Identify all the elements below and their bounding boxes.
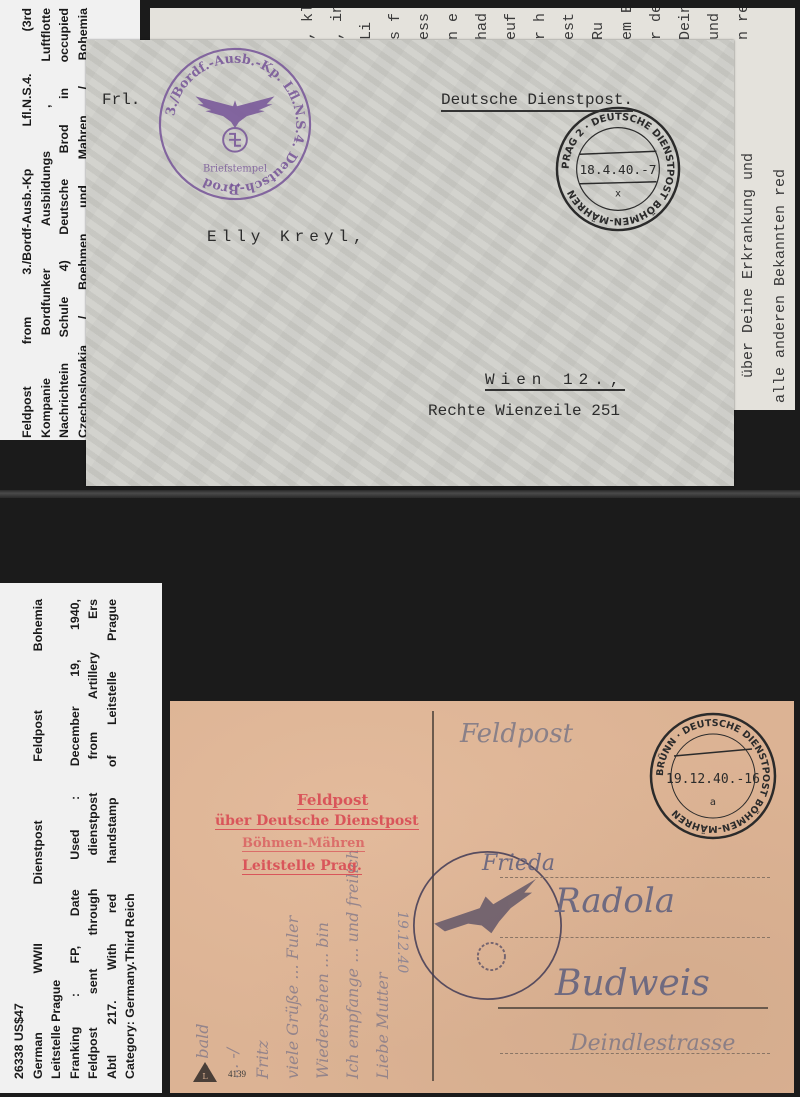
handstamp-line: Feldpost: [297, 791, 368, 810]
handstamp-line: Böhmen-Mähren: [242, 836, 365, 852]
handwritten-feldpost: Feldpost: [460, 719, 573, 749]
letter-fragment: n red: [735, 8, 752, 40]
svg-text:a: a: [710, 797, 716, 808]
handstamp-line: Leitstelle Prag.: [242, 858, 362, 875]
publisher-logo-icon: L: [192, 1061, 218, 1083]
address-line: [500, 937, 770, 938]
description-label-bottom: 26338 US$47 German WWII Dienstpost Feldp…: [0, 583, 162, 1093]
letter-fragment: r h: [532, 13, 549, 40]
message-line: ... -/: [218, 749, 248, 1079]
letter-fragment: had: [474, 13, 491, 40]
recipient-name: Radola: [555, 881, 675, 921]
label-line: Abtl 217. With red handstamp of Leitstel…: [103, 599, 122, 1079]
eagle-icon: [196, 96, 275, 151]
address-line: [500, 877, 770, 878]
message-line: Fritz: [248, 749, 278, 1079]
unit-seal-stamp: 3./Bordf.-Ausb.-Kp. Lfl.N.S.4. Deutsch-B…: [156, 45, 314, 203]
label-line: Feldpost from 3./Bordf-Ausb.-Kp Lfl.N.S.…: [18, 8, 37, 438]
svg-text:L: L: [202, 1072, 208, 1081]
recipient-name: Elly Kreyl,: [207, 228, 368, 246]
letter-fragment: r de: [648, 8, 665, 40]
recipient-street: Deindlestrasse: [570, 1031, 735, 1056]
letter-line: alle anderen Bekannten red: [772, 169, 789, 403]
salutation: Frl.: [102, 91, 140, 109]
label-line: Franking : FP, Date Used : December 19, …: [66, 599, 85, 1079]
svg-text:19.12.40.-16: 19.12.40.-16: [666, 772, 760, 787]
recipient-street: Rechte Wienzeile 251: [428, 402, 620, 420]
svg-text:Briefstempel: Briefstempel: [203, 163, 267, 174]
margin-date: 19.12.40: [394, 911, 410, 973]
letter-fragment: Ru: [590, 22, 607, 40]
handwritten-sender: Frieda: [482, 851, 555, 876]
letter-fragment: , kl: [300, 8, 317, 40]
label-line: German WWII Dienstpost Feldpost Bohemia: [29, 599, 48, 1079]
label-line: Nachrichtein Schule 4) Deutsche Brod in …: [55, 8, 74, 438]
album-strip: [0, 490, 800, 498]
label-line: Feldpost sent through dienstpost from Ar…: [84, 599, 103, 1079]
svg-text:18.4.40.-7: 18.4.40.-7: [579, 163, 656, 178]
letter-fragment: ess: [416, 13, 433, 40]
letter-fragment: Li: [358, 22, 375, 40]
label-line: Leitstelle Prague: [47, 599, 66, 1079]
address-line: [498, 1007, 768, 1009]
letter-fragment: s f: [387, 13, 404, 40]
recipient-city: Budweis: [555, 963, 710, 1004]
recipient-city: Wien 12.,: [485, 371, 625, 391]
dienstpost-postmark: PRAG 2 · DEUTSCHE DIENSTPOST BÖHMEN-MÄHR…: [554, 105, 682, 233]
letter-fragment: n e: [445, 13, 462, 40]
svg-text:x: x: [615, 189, 621, 200]
label-line: 26338 US$47: [10, 599, 29, 1079]
eagle-icon: [434, 879, 536, 970]
handstamp-line: über Deutsche Dienstpost: [215, 813, 419, 830]
letter-fragment: em B: [619, 8, 636, 40]
letter-fragment: , in: [329, 8, 346, 40]
svg-text:✦✦: ✦✦: [228, 181, 242, 190]
letter-fragment: euf: [503, 13, 520, 40]
letter-fragment: est: [561, 13, 578, 40]
message-line: ... bald: [188, 749, 218, 1079]
letter-fragment: Dein: [677, 8, 694, 40]
postcard: ... bald... -/Fritzviele Grüße ... Fuler…: [170, 701, 794, 1093]
letter-line: über Deine Erkrankung und: [740, 153, 757, 378]
label-line: Kompanie Bordfunker Ausbildungs , Luftfl…: [37, 8, 56, 438]
label-line: Category: Germany.Third Reich: [121, 599, 140, 1079]
publisher-number: 4139: [228, 1069, 246, 1079]
envelope: Frl. Deutsche Dienstpost. Elly Kreyl, Wi…: [86, 40, 734, 486]
brunn-postmark: BRÜNN · DEUTSCHE DIENSTPOST BÖHMEN-MÄHRE…: [648, 711, 778, 841]
letter-fragment: und: [706, 13, 723, 40]
